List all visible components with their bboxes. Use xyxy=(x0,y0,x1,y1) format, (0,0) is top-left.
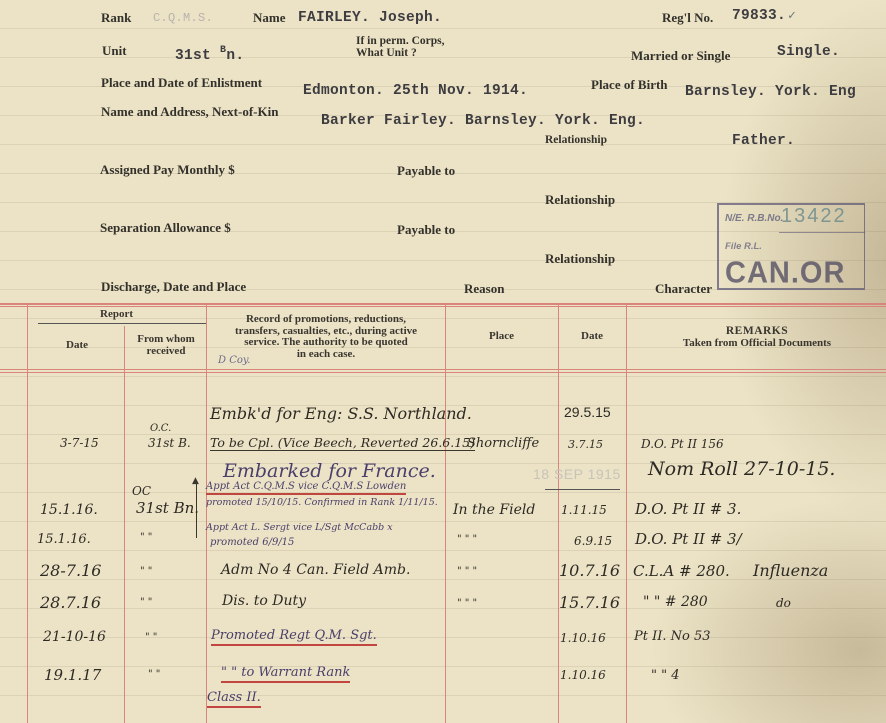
col-rule-4 xyxy=(558,305,559,723)
received-date-stamp: 18 SEP 1915 xyxy=(533,466,621,482)
row3-record-underlined: Appt Act C.Q.M.S vice C.Q.M.S Lowden xyxy=(206,481,406,495)
row8-record-l2-underlined: Class II. xyxy=(207,690,261,708)
row0-date: 29.5.15 xyxy=(564,404,611,420)
name-label: Name xyxy=(253,10,286,26)
row4-report-date: 15.1.16. xyxy=(37,532,91,547)
th-from-whom-l2: received xyxy=(126,346,206,358)
row7-report-date: 21-10-16 xyxy=(43,629,106,645)
row7-date: 1.10.16 xyxy=(560,631,606,645)
rank-value: C.Q.M.S. xyxy=(153,11,213,25)
row3-record: Appt Act C.Q.M.S vice C.Q.M.S Lowden xyxy=(206,481,406,492)
th-remarks-l2: Taken from Official Documents xyxy=(628,338,886,350)
unit-sup: B xyxy=(220,45,226,56)
row5-remarks-diagnosis: Influenza xyxy=(753,561,828,580)
th-remarks: REMARKS Taken from Official Documents xyxy=(628,326,886,349)
row3-report-date: 15.1.16. xyxy=(40,502,98,518)
row2-record: Embarked for France. xyxy=(223,460,436,482)
row5-record: Adm No 4 Can. Field Amb. xyxy=(221,562,410,578)
assigned-pay-label: Assigned Pay Monthly $ xyxy=(100,162,235,178)
th-remarks-l1: REMARKS xyxy=(628,326,886,338)
relationship-label-2: Relationship xyxy=(545,192,615,208)
row0-record: Embk'd for Eng: S.S. Northland. xyxy=(210,404,472,423)
row3-remarks: D.O. Pt II # 3. xyxy=(635,500,741,518)
row6-report-date: 28.7.16 xyxy=(40,593,101,612)
th-from-whom: From whom received xyxy=(126,334,206,357)
row7-record-underlined: Promoted Regt Q.M. Sgt. xyxy=(211,628,377,646)
payable-to-label-2: Payable to xyxy=(397,222,455,238)
row6-remarks-diagnosis: do xyxy=(776,596,791,610)
row4-date: 6.9.15 xyxy=(574,534,612,548)
row4-record-l2: promoted 6/9/15 xyxy=(210,537,294,548)
unit-value: 31st Bn. xyxy=(175,46,244,64)
row3-place: In the Field xyxy=(453,502,535,518)
company-note: D Coy. xyxy=(218,355,250,366)
row4-remarks: D.O. Pt II # 3/ xyxy=(635,530,742,548)
row5-date: 10.7.16 xyxy=(559,561,620,580)
marital-label: Married or Single xyxy=(631,48,730,64)
th-date: Date xyxy=(66,340,88,352)
payable-to-label-1: Payable to xyxy=(397,163,455,179)
registry-stamp: N/E. R.B.No. 13422 File R.L. CAN.OR xyxy=(717,203,865,290)
row3-date: 1.11.15 xyxy=(561,503,607,517)
next-of-kin-value: Barker Fairley. Barnsley. York. Eng. xyxy=(321,113,645,129)
discharge-label: Discharge, Date and Place xyxy=(101,279,246,295)
row1-from: 31st B. xyxy=(148,436,191,450)
row8-remarks: " " 4 xyxy=(651,668,680,683)
row1-report-date: 3-7-15 xyxy=(60,436,99,450)
reason-label: Reason xyxy=(464,281,504,297)
next-of-kin-label: Name and Address, Next-of-Kin xyxy=(101,104,278,120)
row2-remarks: Nom Roll 27-10-15. xyxy=(648,458,835,480)
checkmark-icon: ✓ xyxy=(788,8,796,23)
unit-number: 31st xyxy=(175,48,211,64)
regl-no-number: 79833. xyxy=(732,8,786,24)
row7-from: " " xyxy=(145,632,157,643)
col-rule-0 xyxy=(27,305,28,723)
row4-record: Appt Act L. Sergt vice L/Sgt McCabb x xyxy=(206,522,393,533)
enlistment-label: Place and Date of Enlistment xyxy=(101,75,262,91)
row3-record-l2: promoted 15/10/15. Confirmed in Rank 1/1… xyxy=(206,497,438,508)
th-place: Place xyxy=(489,331,514,343)
row8-record: " " to Warrant Rank xyxy=(221,665,350,680)
row3-from: 31st Bn. xyxy=(136,499,199,517)
th-record: Record of promotions, reductions, transf… xyxy=(207,314,445,360)
report-header-underline xyxy=(38,323,206,324)
regl-no-value: 79833.✓ xyxy=(732,8,796,24)
row8-from: " " xyxy=(148,669,160,680)
row1-from-l1: O.C. xyxy=(150,423,171,434)
marital-value: Single. xyxy=(777,44,840,60)
arrow-up-icon: ▲ xyxy=(192,476,199,486)
stamp-number: 13422 xyxy=(781,205,847,228)
row5-from: " " xyxy=(140,566,152,577)
relationship-value-1: Father. xyxy=(732,133,795,149)
row6-from: " " xyxy=(140,597,152,608)
col-rule-2 xyxy=(206,305,207,723)
row7-record: Promoted Regt Q.M. Sgt. xyxy=(211,628,377,643)
table-top-rule-2 xyxy=(0,306,886,307)
perm-corps-label: If in perm. Corps, xyxy=(356,35,445,47)
relationship-label-3: Relationship xyxy=(545,251,615,267)
th-report: Report xyxy=(100,309,133,321)
date-stamp-underline xyxy=(545,489,620,490)
row7-remarks: Pt II. No 53 xyxy=(634,629,711,644)
col-rule-5 xyxy=(626,305,627,723)
row5-place: " " " xyxy=(457,566,477,577)
row3-from-l1: OC xyxy=(132,484,151,498)
name-value: FAIRLEY. Joseph. xyxy=(298,10,442,26)
row8-date: 1.10.16 xyxy=(560,668,606,682)
col-rule-3 xyxy=(445,305,446,723)
row8-record-underlined: " " to Warrant Rank xyxy=(221,665,350,683)
table-header-bottom-rule xyxy=(0,369,886,370)
row8-record-l2: Class II. xyxy=(207,690,261,705)
row1-date: 3.7.15 xyxy=(568,438,603,451)
row8-report-date: 19.1.17 xyxy=(44,666,101,684)
row4-place: " " " xyxy=(457,534,477,545)
character-label: Character xyxy=(655,281,712,297)
what-unit-label: What Unit ? xyxy=(356,47,417,59)
birth-value: Barnsley. York. Eng xyxy=(685,84,856,100)
col-rule-1 xyxy=(124,326,125,723)
row1-place: Shorncliffe xyxy=(467,436,539,451)
row1-remarks: D.O. Pt II 156 xyxy=(641,437,724,451)
row6-date: 15.7.16 xyxy=(559,593,620,612)
row5-report-date: 28-7.16 xyxy=(40,561,101,580)
enlistment-value: Edmonton. 25th Nov. 1914. xyxy=(303,83,528,99)
relationship-label-1: Relationship xyxy=(545,134,607,146)
regl-no-label: Reg'l No. xyxy=(662,10,713,26)
unit-label: Unit xyxy=(102,43,127,59)
th-from-whom-l1: From whom xyxy=(126,334,206,346)
th-date2: Date xyxy=(581,331,603,343)
table-header-bottom-rule-2 xyxy=(0,372,886,373)
unit-suffix: n. xyxy=(226,48,244,64)
row4-from: " " xyxy=(140,532,152,543)
separation-label: Separation Allowance $ xyxy=(100,220,231,236)
stamp-underline xyxy=(779,232,865,233)
th-record-l3: service. The authority to be quoted xyxy=(207,337,445,349)
stamp-line1: N/E. R.B.No. xyxy=(725,213,783,224)
row1-record: To be Cpl. (Vice Beech, Reverted 26.6.15… xyxy=(210,435,475,451)
rank-label: Rank xyxy=(101,10,131,26)
th-record-l1: Record of promotions, reductions, xyxy=(207,314,445,326)
row6-remarks: " " # 280 xyxy=(643,594,708,610)
table-top-rule xyxy=(0,303,886,305)
birth-label: Place of Birth xyxy=(591,77,668,93)
row5-remarks: C.L.A # 280. xyxy=(633,562,730,580)
row6-record: Dis. to Duty xyxy=(222,593,306,609)
stamp-can-or: CAN.OR xyxy=(725,256,845,291)
row6-place: " " " xyxy=(457,598,477,609)
stamp-line2: File R.L. xyxy=(725,241,762,252)
